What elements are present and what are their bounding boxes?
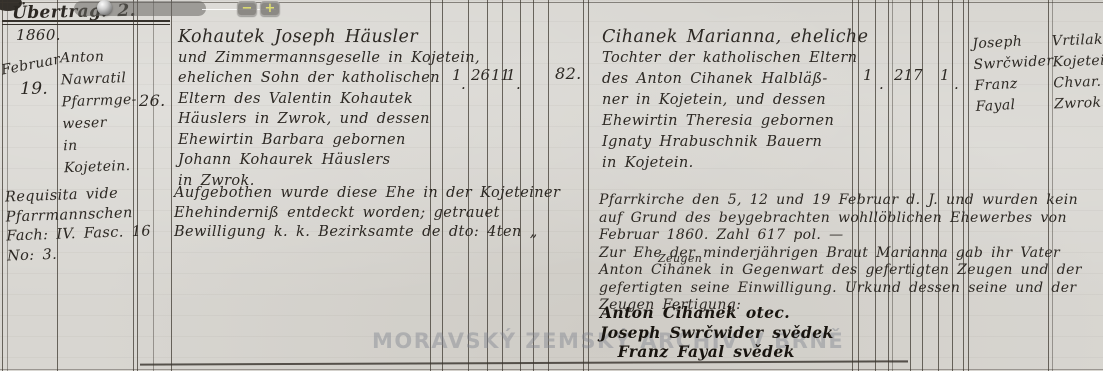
zoom-out-button[interactable]: − <box>237 1 257 16</box>
minus-icon: − <box>242 1 253 16</box>
bride-stat-cell: 21 <box>894 66 913 84</box>
groom-entry-text: Kohautek Joseph Häusler und Zimmermannsg… <box>178 27 538 191</box>
witness-origin-column: Vrtilak Kojetein Chvar. Zwrok Sti. <box>1052 29 1103 116</box>
house-number: 26. <box>139 91 166 110</box>
column-rule <box>952 0 953 371</box>
plus-icon: + <box>265 1 276 16</box>
column-rule <box>583 0 584 371</box>
column-rule <box>963 0 964 371</box>
column-rule <box>588 0 589 371</box>
column-rule <box>153 0 154 371</box>
signature-lines: Anton Cihanek otec. Joseph Swrčwider svě… <box>600 303 834 362</box>
banns-note-text: Aufgebothen wurde diese Ehe in der Kojet… <box>174 184 560 243</box>
bride-stat-cell: 1 <box>863 66 873 84</box>
groom-stat-cell: . <box>516 75 521 93</box>
column-rule <box>910 0 911 371</box>
column-rule <box>2 0 3 371</box>
zoom-in-button[interactable]: + <box>260 1 280 16</box>
carryover-underline-2 <box>2 24 170 25</box>
column-rule <box>922 0 923 371</box>
requisita-note: Requisita vide Pfarrmannschen Fach: IV. … <box>5 183 152 266</box>
bride-stat-cell: 7 <box>913 66 923 84</box>
folio-number: 82. <box>555 64 582 83</box>
zoom-slider-track[interactable] <box>74 1 206 16</box>
entry-month: Februar <box>0 51 62 78</box>
register-scan-page: MORAVSKÝ ZEMSKÝ ARCHIV V BRNĚ Übertrag: … <box>0 0 1103 371</box>
bride-entry-text: Cihanek Marianna, eheliche Tochter der k… <box>602 27 906 174</box>
bride-stat-cell: . <box>954 75 959 93</box>
column-rule <box>171 0 172 371</box>
column-rule <box>938 0 939 371</box>
groom-stat-cell: . <box>461 75 466 93</box>
entry-day: 19. <box>20 79 48 99</box>
bride-stat-cell: . <box>879 75 884 93</box>
column-rule <box>7 0 8 371</box>
insertion-word: Zeugen <box>658 252 702 265</box>
bride-stat-cell: 1 <box>940 66 950 84</box>
zoom-slider-knob[interactable] <box>97 0 112 15</box>
officiant-column-text: Anton Nawratil Pfarrmge- weser in Kojete… <box>60 45 140 180</box>
groom-stat-cell: 1 <box>506 66 516 84</box>
witness-name-column: Joseph Swrčwider Franz Fayal <box>972 30 1056 118</box>
entry-year: 1860. <box>16 26 61 44</box>
column-rule <box>968 0 969 371</box>
groom-stat-cell: 26 <box>471 66 490 84</box>
